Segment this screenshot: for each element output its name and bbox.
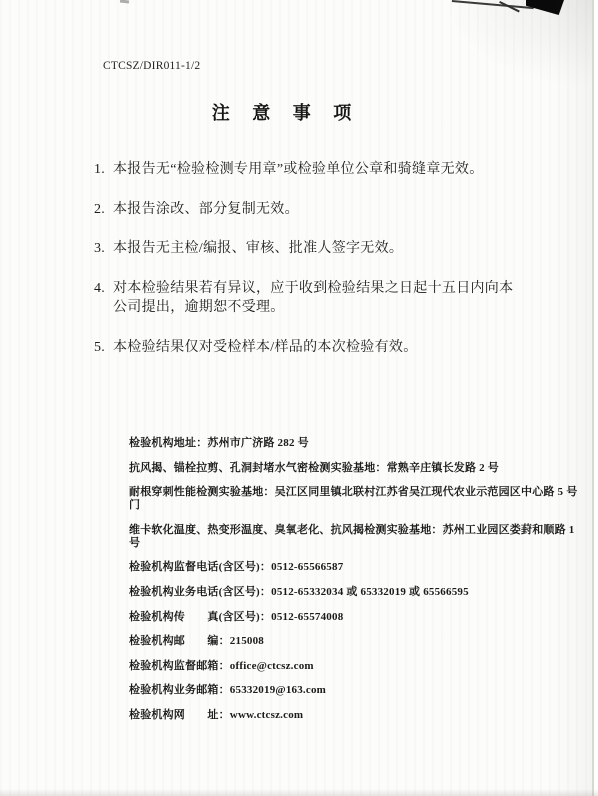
notice-text: 本报告无“检验检测专用章”或检验单位公章和骑缝章无效。 xyxy=(113,160,484,180)
notice-item: 4. 对本检验结果若有异议，应于收到检验结果之日起十五日内向本 公司提出，逾期恕… xyxy=(94,279,554,318)
notice-list: 1. 本报告无“检验检测专用章”或检验单位公章和骑缝章无效。 2. 本报告涂改、… xyxy=(94,160,554,377)
notice-number: 3. xyxy=(94,239,113,259)
notice-number: 2. xyxy=(94,200,113,220)
notice-number: 4. xyxy=(94,279,113,318)
notice-item: 5. 本检验结果仅对受检样本/样品的本次检验有效。 xyxy=(94,338,554,358)
scanned-document-page: CTCSZ/DIR011-1/2 注 意 事 项 1. 本报告无“检验检测专用章… xyxy=(0,0,598,796)
notice-item: 1. 本报告无“检验检测专用章”或检验单位公章和骑缝章无效。 xyxy=(94,160,554,180)
notice-text: 本报告无主检/编报、审核、批准人签字无效。 xyxy=(113,239,403,259)
notice-number: 1. xyxy=(94,160,113,180)
notice-text: 对本检验结果若有异议，应于收到检验结果之日起十五日内向本 公司提出，逾期恕不受理… xyxy=(113,279,513,318)
scan-speck-artifact xyxy=(120,0,129,3)
contact-line-supervise-email: 检验机构监督邮箱：office@ctcsz.com xyxy=(129,660,581,673)
contact-line-base-2: 耐根穿刺性能检测实验基地：吴江区同里镇北联村江苏省吴江现代农业示范园区中心路 5… xyxy=(129,486,581,512)
contact-line-website: 检验机构网 址：www.ctcsz.com xyxy=(129,709,581,722)
contact-line-base-1: 抗风揭、锚栓拉剪、孔洞封堵水气密检测实验基地：常熟辛庄镇长发路 2 号 xyxy=(129,462,581,475)
contact-line-base-3: 维卡软化温度、热变形温度、臭氧老化、抗风揭检测实验基地：苏州工业园区娄葑和顺路 … xyxy=(129,524,581,550)
contact-line-postcode: 检验机构邮 编：215008 xyxy=(129,635,581,648)
scanner-background-strip xyxy=(594,0,598,796)
contact-line-business-email: 检验机构业务邮箱：65332019@163.com xyxy=(129,684,581,697)
page-bottom-edge-shadow xyxy=(0,789,598,796)
page-title: 注 意 事 项 xyxy=(0,99,572,125)
notice-text: 本报告涂改、部分复制无效。 xyxy=(113,200,299,220)
contact-info-block: 检验机构地址：苏州市广济路 282 号 抗风揭、锚栓拉剪、孔洞封堵水气密检测实验… xyxy=(129,437,581,734)
contact-line-fax: 检验机构传 真(含区号)：0512-65574008 xyxy=(129,611,581,624)
notice-text: 本检验结果仅对受检样本/样品的本次检验有效。 xyxy=(113,338,418,358)
contact-line-business-phone: 检验机构业务电话(含区号)：0512-65332034 或 65332019 或… xyxy=(129,586,581,599)
notice-number: 5. xyxy=(94,338,113,358)
contact-line-address: 检验机构地址：苏州市广济路 282 号 xyxy=(129,437,581,450)
contact-line-supervise-phone: 检验机构监督电话(含区号)：0512-65566587 xyxy=(129,561,581,574)
document-code: CTCSZ/DIR011-1/2 xyxy=(103,60,200,72)
notice-item: 3. 本报告无主检/编报、审核、批准人签字无效。 xyxy=(94,239,554,259)
page-right-shadow xyxy=(552,0,592,796)
notice-item: 2. 本报告涂改、部分复制无效。 xyxy=(94,200,554,220)
